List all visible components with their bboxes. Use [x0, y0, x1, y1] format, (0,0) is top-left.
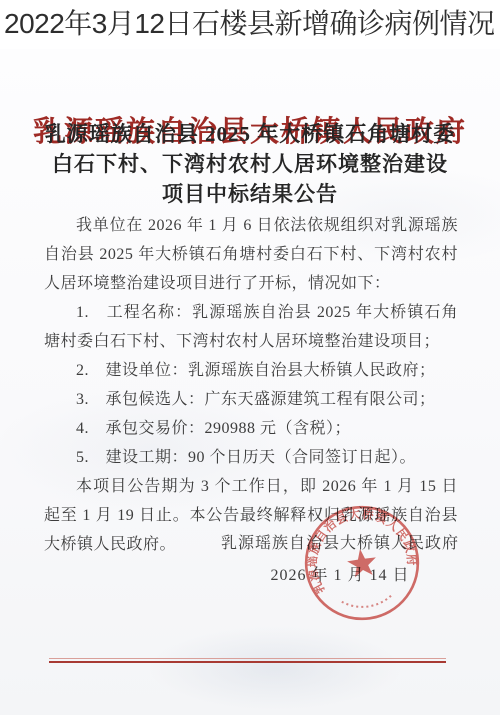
screenshot-root: 2022年3月12日石楼县新增确诊病例情况 乳源瑶族自治县大桥镇人民政府 乳源瑶… [0, 0, 500, 715]
list-item-5: 5. 建设工期：90 个日历天（合同签订日起）。 [44, 443, 458, 472]
list-item-1: 1. 工程名称：乳源瑶族自治县 2025 年大桥镇石角塘村委白石下村、下湾村农村… [44, 298, 458, 356]
page-title: 2022年3月12日石楼县新增确诊病例情况 [4, 4, 500, 44]
intro-paragraph: 我单位在 2026 年 1 月 6 日依法依规组织对乳源瑶族自治县 2025 年… [44, 211, 458, 298]
footer-divider [49, 658, 446, 663]
list-item-4: 4. 承包交易价：290988 元（含税）； [44, 414, 458, 443]
document-photo: 乳源瑶族自治县大桥镇人民政府 乳源瑶族自治县 2025 年大桥镇石角塘村委 白石… [0, 49, 500, 715]
seal-bottom-marks [342, 595, 393, 610]
document-title-line-2: 白石下村、下湾村农村人居环境整治建设 [30, 149, 470, 179]
seal-star-icon [346, 547, 379, 578]
seal-curved-text: 乳源瑶族自治县大桥镇人民政府 [297, 499, 424, 598]
list-item-3: 3. 承包候选人：广东天盛源建筑工程有限公司； [44, 385, 458, 414]
document-title-line-3: 项目中标结果公告 [30, 179, 470, 209]
list-item-2: 2. 建设单位：乳源瑶族自治县大桥镇人民政府； [44, 356, 458, 385]
official-seal-icon: 乳源瑶族自治县大桥镇人民政府 [287, 488, 436, 637]
document-title-line-1: 乳源瑶族自治县 2025 年大桥镇石角塘村委 [30, 119, 470, 149]
document-title: 乳源瑶族自治县 2025 年大桥镇石角塘村委 白石下村、下湾村农村人居环境整治建… [30, 119, 470, 209]
